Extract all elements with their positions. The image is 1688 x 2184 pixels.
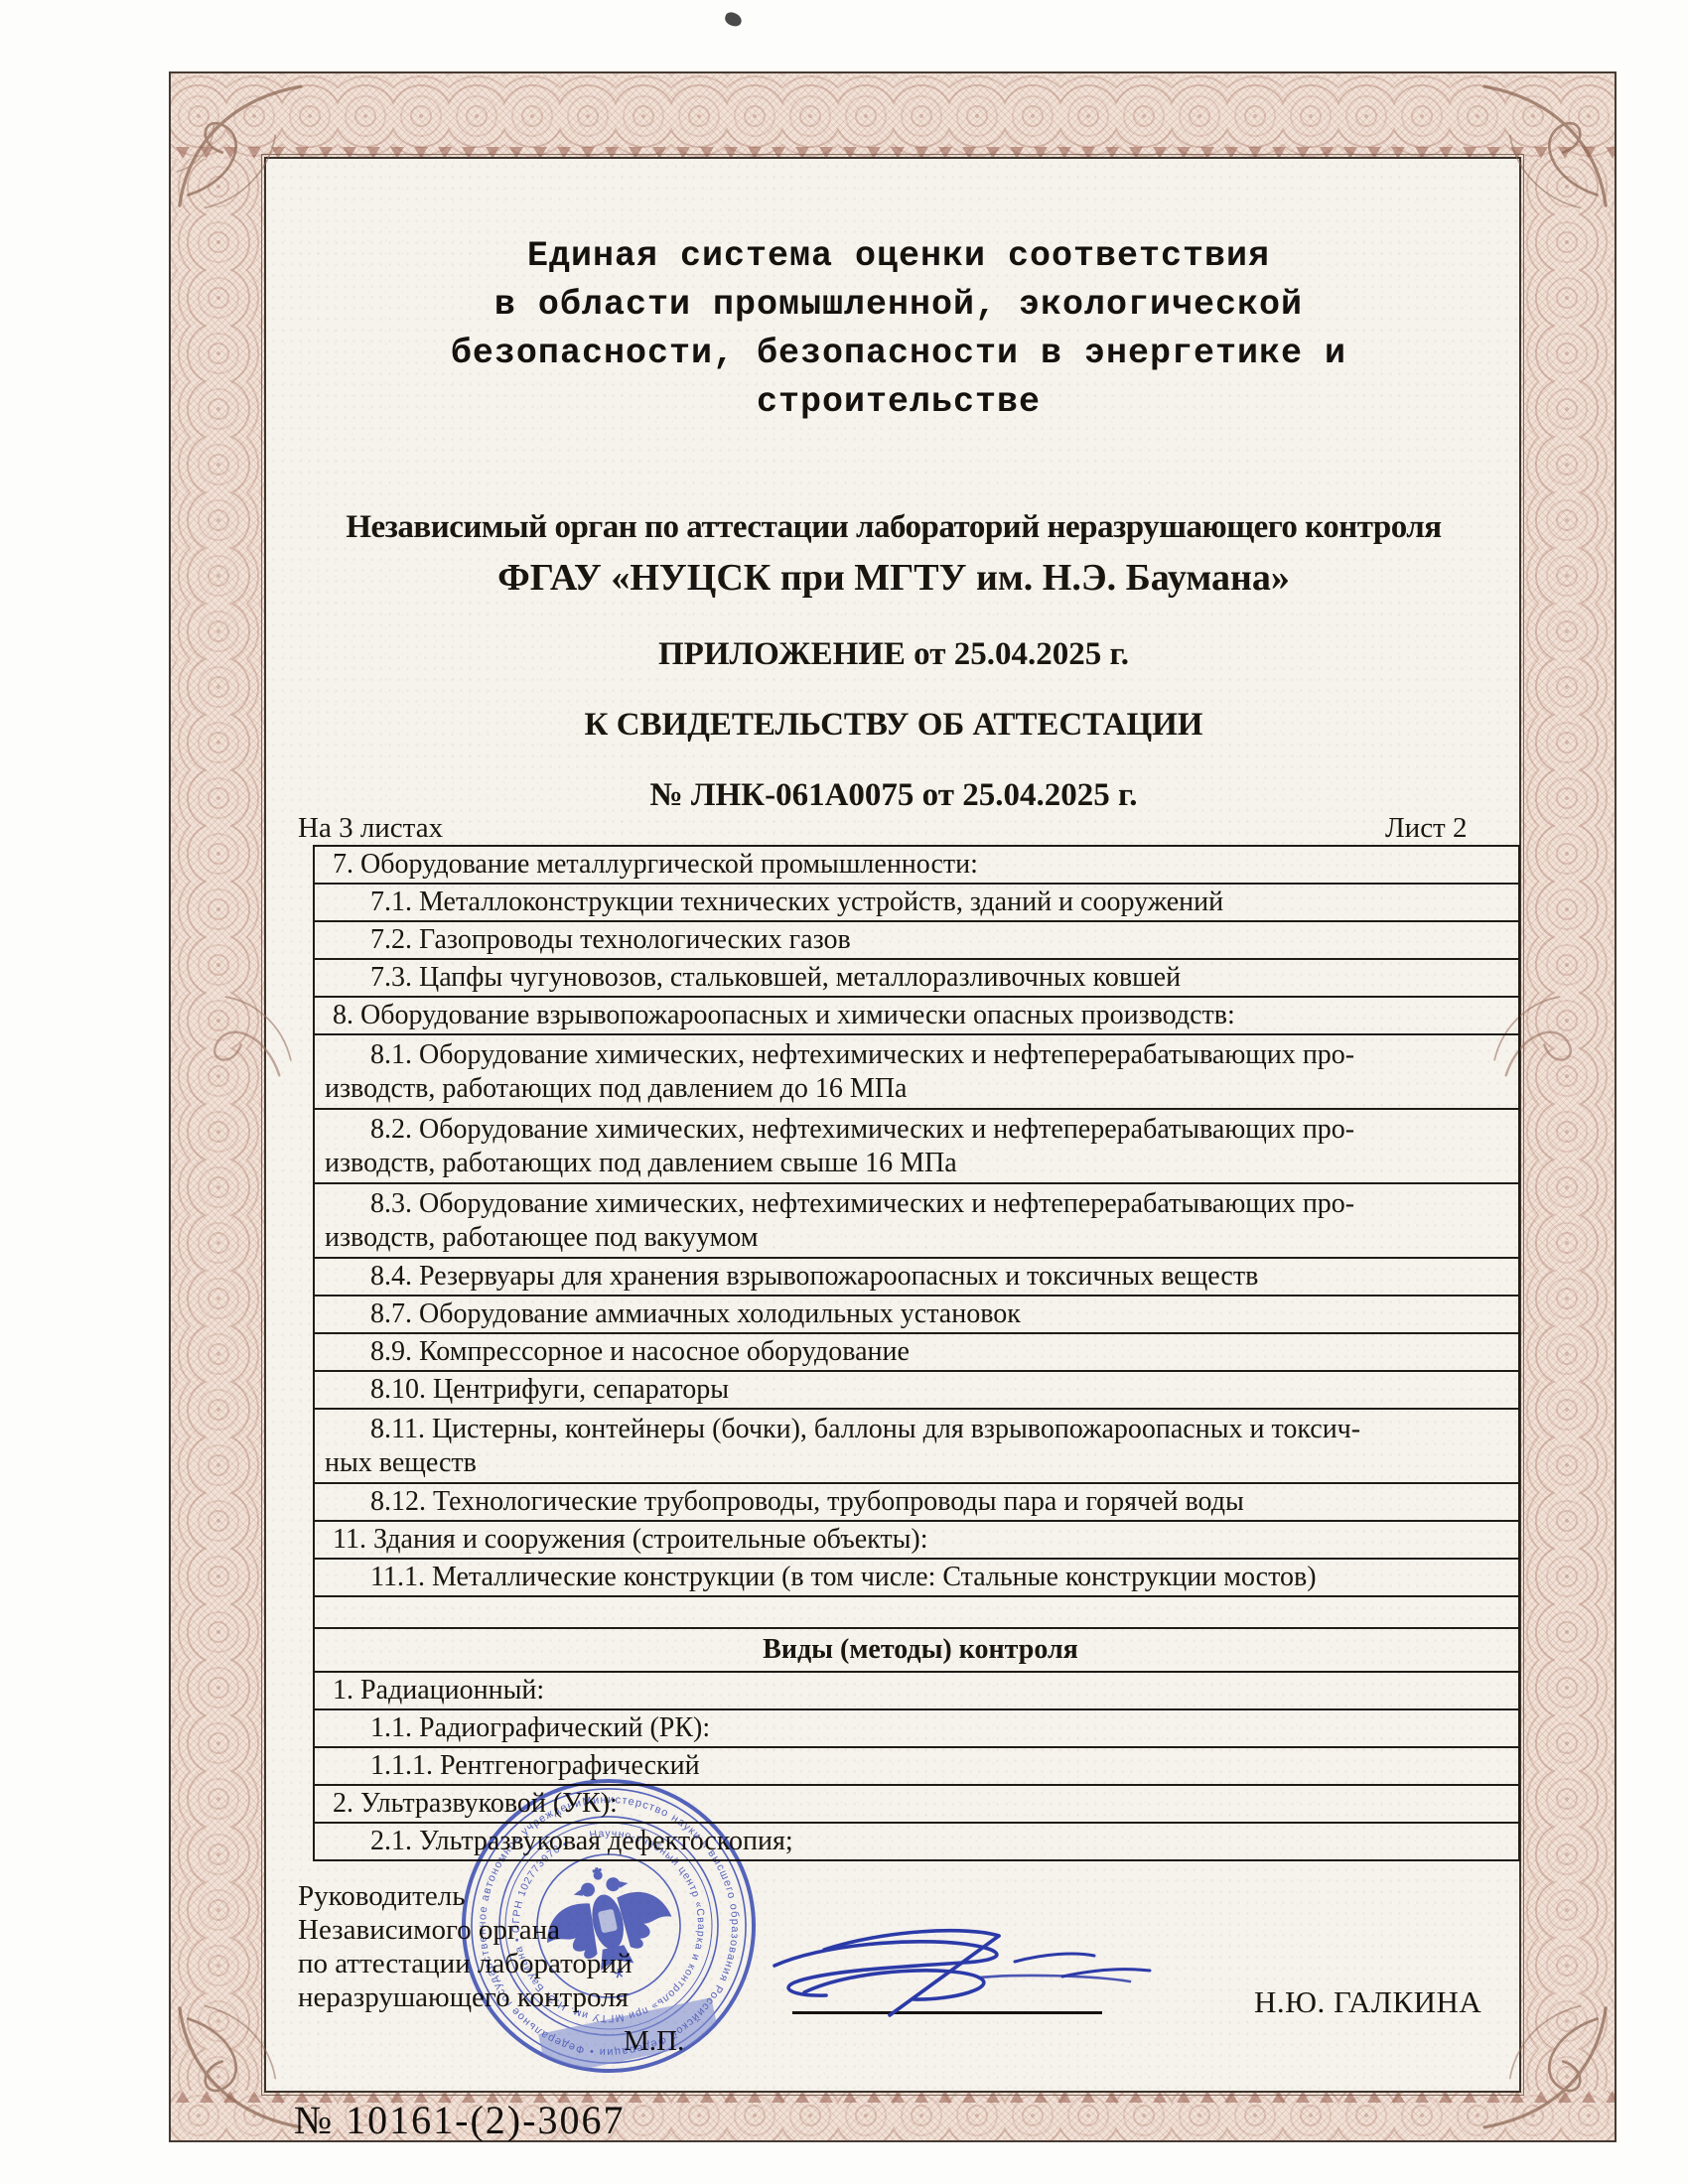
table-row: 8.4. Резервуары для хранения взрывопожар… [315,1259,1518,1297]
table-row: 8.11. Цистерны, контейнеры (бочки), балл… [315,1410,1518,1484]
certificate-title: К СВИДЕТЕЛЬСТВУ ОБ АТТЕСТАЦИИ [228,707,1559,744]
table-row-text: 8.2. Оборудование химических, нефтехимич… [325,1113,1508,1180]
border-band-right [1519,159,1615,2091]
table-row: 8.2. Оборудование химических, нефтехимич… [315,1110,1518,1184]
flourish-ornament [1470,1995,1618,2144]
table-row: Виды (методы) контроля [315,1629,1518,1673]
table-row-text: 8.9. Компрессорное и насосное оборудован… [325,1335,1508,1369]
table-row: 7.3. Цапфы чугуновозов, стальковшей, мет… [315,960,1518,998]
flourish-ornament [167,961,301,1095]
table-row-text: 8.12. Технологические трубопроводы, труб… [325,1485,1508,1519]
table-row: 11.1. Металлические конструкции (в том ч… [315,1560,1518,1597]
table-row-text: 8.10. Центрифуги, сепараторы [325,1373,1508,1407]
table-row [315,1597,1518,1629]
table-row-text: 8.3. Оборудование химических, нефтехимич… [325,1187,1508,1255]
table-row: 8.9. Компрессорное и насосное оборудован… [315,1334,1518,1372]
table-row: 8.12. Технологические трубопроводы, труб… [315,1484,1518,1522]
table-row: 7. Оборудование металлургической промышл… [315,847,1518,885]
table-row: 8.3. Оборудование химических, нефтехимич… [315,1184,1518,1259]
sheet-number: Лист 2 [1385,812,1467,845]
certificate-number: № ЛНК-061А0075 от 25.04.2025 г. [228,777,1559,814]
table-row-text: 8.11. Цистерны, контейнеры (бочки), балл… [325,1413,1508,1480]
table-row: 8.7. Оборудование аммиачных холодильных … [315,1297,1518,1334]
sheets-note: На 3 листах [298,812,443,845]
table-row-text: 11.1. Металлические конструкции (в том ч… [325,1561,1508,1594]
body-name-line: Независимый орган по аттестации лаборато… [228,509,1559,546]
table-row-text: 8.4. Резервуары для хранения взрывопожар… [325,1260,1508,1294]
table-row: 7.2. Газопроводы технологических газов [315,922,1518,960]
ink-mark [723,11,743,29]
table-row-text: 7.3. Цапфы чугуновозов, стальковшей, мет… [325,961,1508,995]
signer-name: Н.Ю. ГАЛКИНА [1254,1984,1481,2020]
table-row: 1.1. Радиографический (РК): [315,1710,1518,1748]
table-row: 1. Радиационный: [315,1673,1518,1710]
border-band-left [171,159,266,2091]
flourish-ornament [1470,69,1618,218]
table-row-text: 8.7. Оборудование аммиачных холодильных … [325,1297,1508,1331]
official-stamp: Министерство науки и высшего образования… [460,1777,758,2075]
table-row-text: 7.1. Металлоконструкции технических устр… [325,886,1508,919]
flourish-ornament [167,69,316,218]
system-title: Единая система оценки соответствия в обл… [268,232,1529,427]
table-row: 11. Здания и сооружения (строительные об… [315,1522,1518,1560]
table-row-text: 8.1. Оборудование химических, нефтехимич… [325,1038,1508,1106]
table-row: 8.1. Оборудование химических, нефтехимич… [315,1035,1518,1110]
table-row: 7.1. Металлоконструкции технических устр… [315,885,1518,922]
form-number: № 10161-(2)-3067 [294,2097,625,2143]
table-row: 8. Оборудование взрывопожароопасных и хи… [315,998,1518,1035]
table-row-text: 8. Оборудование взрывопожароопасных и хи… [325,999,1508,1032]
scope-table: 7. Оборудование металлургической промышл… [313,845,1520,1861]
annex-title: ПРИЛОЖЕНИЕ от 25.04.2025 г. [228,636,1559,673]
border-band-top [171,73,1615,159]
table-row-text: 7. Оборудование металлургической промышл… [325,848,1508,882]
organization-name: ФГАУ «НУЦСК при МГТУ им. Н.Э. Баумана» [228,556,1559,600]
table-row-text: 1.1. Радиографический (РК): [325,1711,1508,1745]
table-row-text: 7.2. Газопроводы технологических газов [325,923,1508,957]
table-row-text: 1. Радиационный: [325,1674,1508,1707]
stamp-center-symbol: * [612,1962,628,1992]
certificate-page: Единая система оценки соответствия в обл… [0,0,1688,2184]
signature [765,1904,1182,2033]
table-row-text: Виды (методы) контроля [325,1633,1508,1667]
table-row-text: 11. Здания и сооружения (строительные об… [325,1523,1508,1557]
table-row: 8.10. Центрифуги, сепараторы [315,1372,1518,1410]
